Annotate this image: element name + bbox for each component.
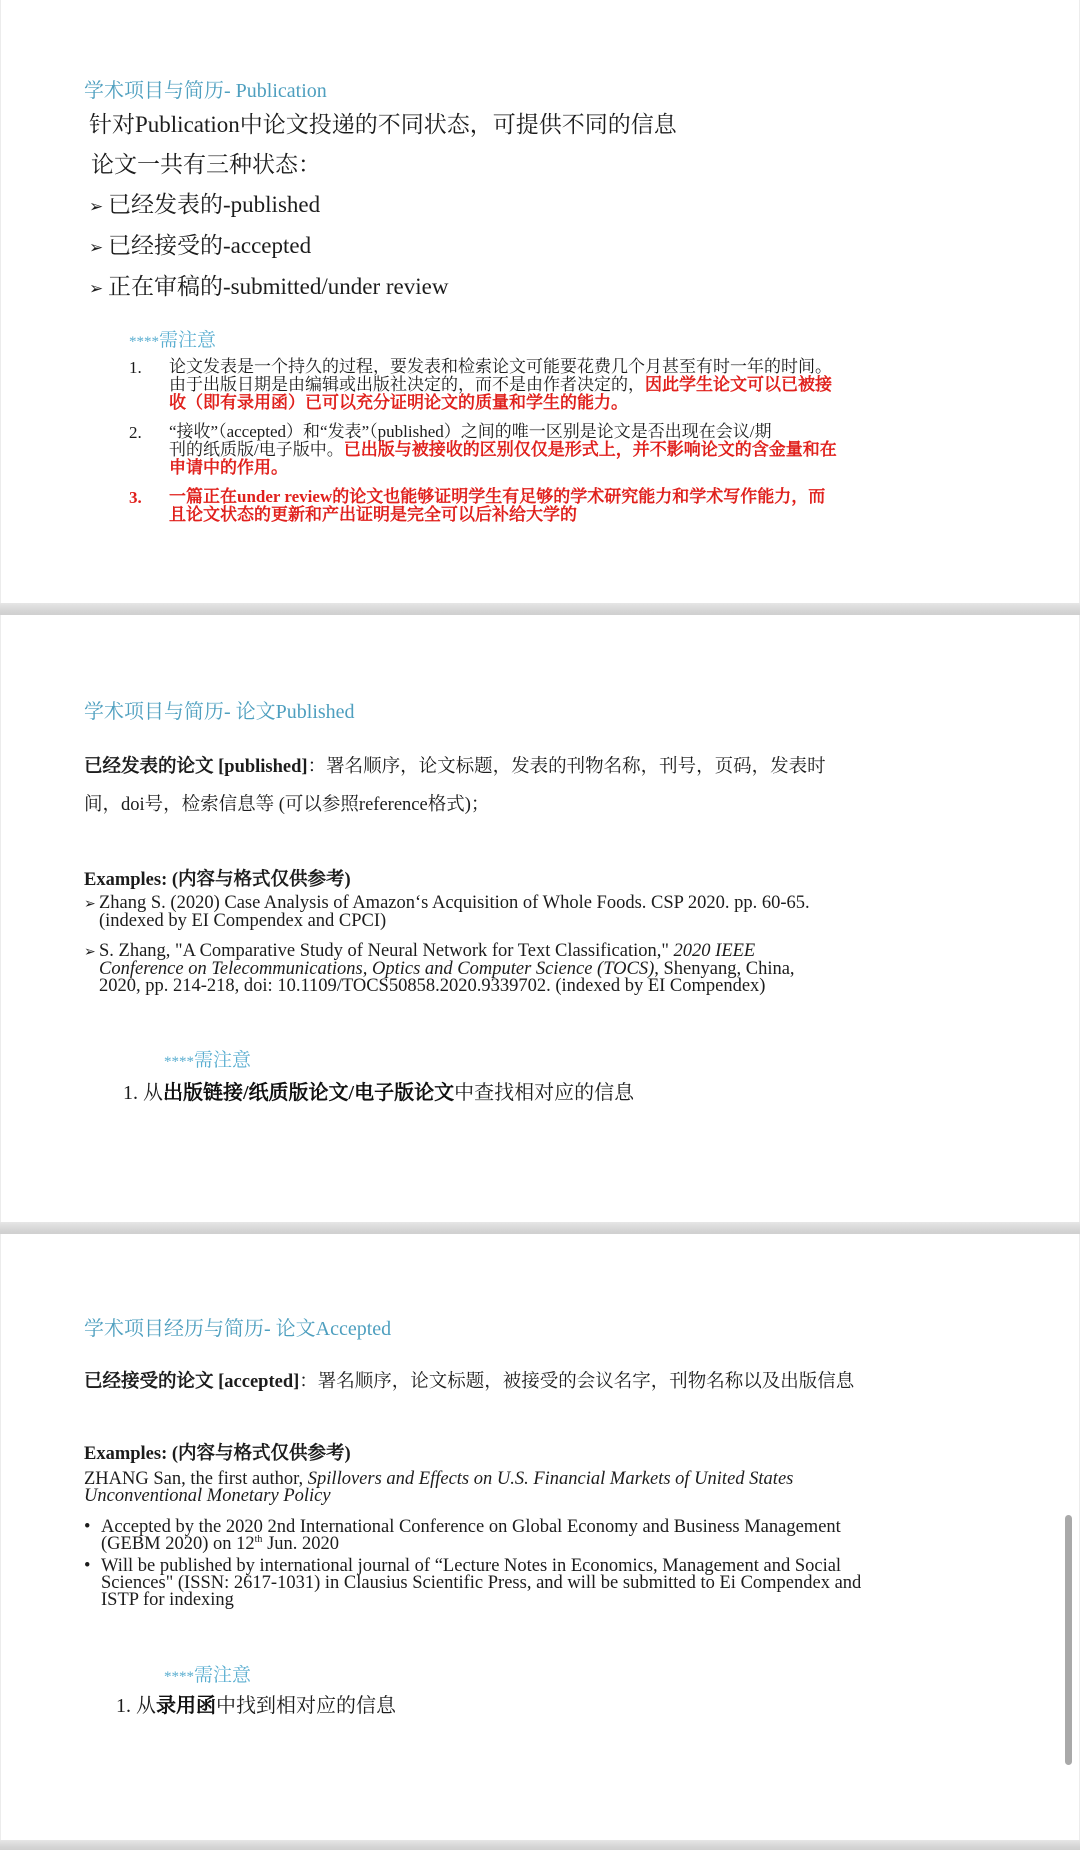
note-heading: ****需注意 <box>164 1045 251 1072</box>
bullet-dot-icon: • <box>84 1519 101 1536</box>
slide-title: 学术项目与简历- 论文Published <box>84 695 355 724</box>
slide-published: 学术项目与简历- 论文Published 已经发表的论文 [published]… <box>0 615 1080 1222</box>
intro-text: 针对Publication中论文投递的不同状态，可提供不同的信息 <box>89 106 677 139</box>
bullet-accepted-by: •Accepted by the 2020 2nd International … <box>84 1519 841 1553</box>
definition-term: 已经接受的论文 [accepted] <box>84 1372 299 1392</box>
bullet-dot-icon: • <box>84 1558 101 1575</box>
definition-line-1: 已经发表的论文 [published]：署名顺序，论文标题，发表的刊物名称，刊号… <box>84 752 826 778</box>
examples-label: Examples: (内容与格式仅供参考) <box>84 1439 351 1465</box>
note-2-line-3: 申请中的作用。 <box>169 459 288 476</box>
note-3-line-1: 一篇正在under review的论文也能够证明学生有足够的学术研究能力和学术写… <box>169 488 825 505</box>
slide-accepted: 学术项目经历与简历- 论文Accepted 已经接受的论文 [accepted]… <box>0 1234 1080 1840</box>
status-item-under-review: ➢正在审稿的-submitted/under review <box>89 268 448 301</box>
example-1: ➢Zhang S. (2020) Case Analysis of Amazon… <box>84 895 810 930</box>
slide-title: 学术项目与简历- Publication <box>84 74 327 103</box>
note-1-line-2: 由于出版日期是由编辑或出版社决定的，而不是由作者决定的，因此学生论文可以已被接 <box>169 376 832 393</box>
note-number: 3. <box>129 488 142 508</box>
arrow-bullet-icon: ➢ <box>89 238 108 258</box>
arrow-bullet-icon: ➢ <box>84 896 99 913</box>
bullet-will-be-published: •Will be published by international jour… <box>84 1558 861 1609</box>
page-separator <box>0 603 1080 615</box>
note-3-line-2: 且论文状态的更新和产出证明是完全可以后补给大学的 <box>169 506 577 523</box>
note-1: 1. 从录用函中找到相对应的信息 <box>116 1689 396 1718</box>
highlight-text: 因此学生论文可以已被接 <box>645 375 832 394</box>
note-1: 1. 从出版链接/纸质版论文/电子版论文中查找相对应的信息 <box>123 1076 634 1105</box>
page-separator <box>0 1222 1080 1234</box>
arrow-bullet-icon: ➢ <box>84 944 99 961</box>
note-heading: ****需注意 <box>129 325 216 352</box>
definition-term: 已经发表的论文 [published] <box>84 757 308 777</box>
highlight-text: 已出版与被接收的区别仅仅是形式上，并不影响论文的含金量和在 <box>344 440 837 459</box>
note-heading: ****需注意 <box>164 1660 251 1687</box>
slide-title: 学术项目经历与简历- 论文Accepted <box>84 1312 391 1341</box>
definition-line-2: 间，doi号，检索信息等 (可以参照reference格式)； <box>84 790 489 816</box>
note-number: 1. <box>129 358 142 378</box>
vertical-scrollbar-thumb[interactable] <box>1065 1515 1072 1765</box>
status-heading: 论文一共有三种状态： <box>91 146 321 179</box>
note-1-line-3: 收（即有录用函）已可以充分证明论文的质量和学生的能力。 <box>169 394 628 411</box>
example-citation: ZHANG San, the first author, Spillovers … <box>84 1471 793 1505</box>
note-2-line-2: 刊的纸质版/电子版中。已出版与被接收的区别仅仅是形式上，并不影响论文的含金量和在 <box>169 441 837 458</box>
note-number: 2. <box>129 423 142 443</box>
arrow-bullet-icon: ➢ <box>89 279 108 299</box>
status-item-published: ➢已经发表的-published <box>89 186 320 219</box>
note-2-line-1: “接收”（accepted）和“发表”（published）之间的唯一区别是论文… <box>169 423 771 440</box>
examples-label: Examples: (内容与格式仅供参考) <box>84 865 351 891</box>
definition-line: 已经接受的论文 [accepted]：署名顺序，论文标题，被接受的会议名字，刊物… <box>84 1367 854 1393</box>
example-2: ➢S. Zhang, "A Comparative Study of Neura… <box>84 943 795 995</box>
arrow-bullet-icon: ➢ <box>89 197 108 217</box>
slide-publication-overview: 学术项目与简历- Publication 针对Publication中论文投递的… <box>0 0 1080 603</box>
status-item-accepted: ➢已经接受的-accepted <box>89 227 311 260</box>
page-separator <box>0 1840 1080 1850</box>
note-1-line-1: 论文发表是一个持久的过程，要发表和检索论文可能要花费几个月甚至有时一年的时间。 <box>169 358 832 375</box>
